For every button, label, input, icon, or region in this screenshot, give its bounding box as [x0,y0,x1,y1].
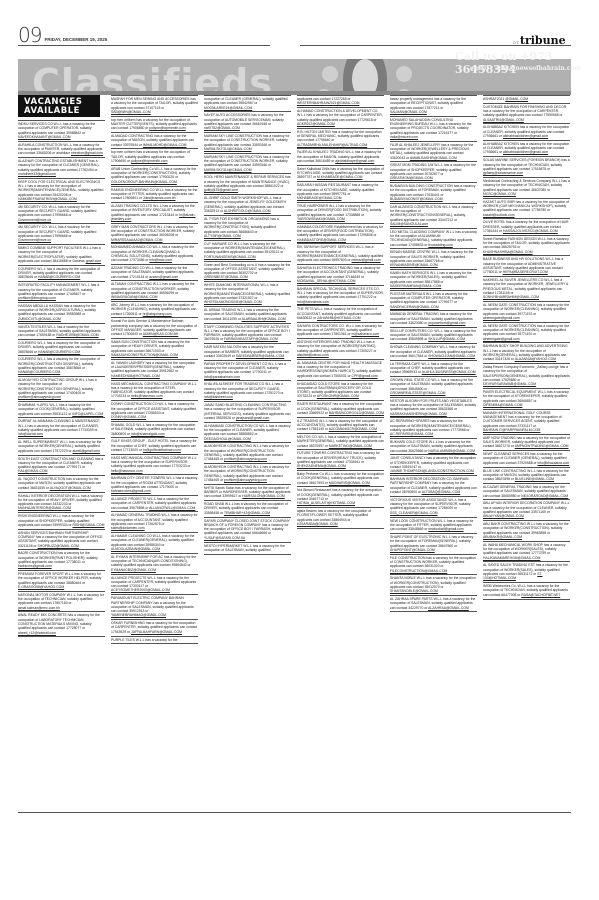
classified-ad: AL MANAMA CENTRE FOR HAND HEALTH MASSAGE… [297,360,384,381]
classified-ad: COURIERO W.L.L has a vacancy for the occ… [18,340,105,356]
ad-contact-email[interactable]: ALTOBAQ@GMAIL.COM [422,490,461,494]
ad-text: PAVER ELECTRICAL EQUIPMENT W.L.L has a v… [483,390,569,403]
ad-text: BAHRAIN CITY CENTER TOWERS W.L.L has a v… [111,476,197,489]
ad-text: TRUE HAIRPOWER W.L.L has a vacancy for t… [297,204,381,217]
classified-ad: MARIAM SKY LINE CONSTRUCTION has a vacan… [204,154,291,175]
banner-title: Classifieds [32,61,273,91]
classified-ad: BUDAIBIYA BUILDING CONSTRUCTION has a va… [390,183,477,204]
ad-contact-email[interactable]: FATIMA_ALSELAITI@HOTMAIL.COM [297,501,355,505]
ad-contact-email[interactable]: info@durrat.com [18,432,43,436]
ad-contact-email[interactable]: SONNYBHAIBRAHIM@GMAIL.COM [483,295,539,299]
ad-text: ABU AYYAN INTERIOR DECORATION COMPANY W.… [483,501,569,514]
ad-contact-email[interactable]: SHEHZADNEMA@GMAIL.COM [297,464,346,468]
classified-ad: RAJER RESTAURANT has a vacancy for the o… [297,401,384,417]
classified-columns: INDKU SERVICES CO W.L.L has a vacancy fo… [18,95,571,815]
classified-ad: BAHRAIN SPECIAL TECHNICAL SERVICES STS C… [297,286,384,307]
ad-contact-email[interactable]: m@saharaco.com [352,332,380,336]
ad-contact-email[interactable]: SHANTANOBLE@GMAIL.COM [390,589,438,593]
ad-contact-email[interactable]: BLUELINE@GMAIL.COM [515,477,554,481]
ad-text: NAKHEEL AL SILVER JEWELLERS CO W.L.L has… [483,278,568,295]
classified-ad: VANITA TEXTILES W.L.L has a vacancy for … [18,324,105,340]
classified-ad: COURIERO W.L.L has a vacancy for the occ… [18,266,105,282]
ad-text: FILE CONSTRUCTION has a vacancy for the … [390,556,476,569]
ad-text: PURPLE TILES W.L.L has a vacancy for the [111,638,178,642]
classified-ad: occupation of CLEANER (GENERAL), suitabl… [204,95,291,112]
ad-contact-email[interactable]: YUSUF@SAFARI.COM.SA [204,536,245,540]
ad-text: HASSAN ABDULLA HASSAN has a vacancy for … [18,304,96,317]
ad-contact-email[interactable]: Government@mve.co [18,218,51,222]
ad-text: MANASH INTERNATIONAL GOLF COURSE MANAGEM… [483,411,562,428]
classified-ad: JUNIT CONSULTANCY has a vacancy for the … [390,455,477,476]
classified-ad: ABU AYYAN INTERIOR DECORATION COMPANY W.… [483,500,570,521]
ad-contact-email[interactable]: HJSARABA@GMAIL.COM [297,522,338,526]
ad-contact-email[interactable]: ALZAHRAA@GMAIL.COM [428,606,469,610]
ad-contact-email[interactable]: SAB@WIN@GMAIL.COM [111,110,151,114]
ad-contact-email[interactable]: MOISAIVAL_SEHAL@HOTMAIL.COM [297,279,355,283]
classified-ad: NHTSI Sands Salon has a vacancy for the … [204,485,291,501]
classified-ad: DAR ALZAYED CONSTRUCTION W.L.L has a vac… [390,204,477,229]
ad-contact-email[interactable]: YAEROWSNAKI@GMAIL.COM [297,217,345,221]
ad-contact-email[interactable]: @GMAIL.COM [505,97,528,101]
ad-text: ABU BAKR CONTRACTING W.L.L has a vacancy… [483,522,569,535]
ad-contact-email[interactable]: jamal.salman@nmc.com.bh [18,606,60,610]
classified-ad: SHAMAL GOLD W.L.L has a vacancy for the … [111,422,198,438]
classified-ad: ALMOBIYEDH CONTRACTING W.L.L has a vacan… [204,464,291,485]
ad-contact-email[interactable]: MCSC@GMAIL.COM [483,192,516,196]
ad-contact-email[interactable]: aheed_r12@hotmail.com [18,631,56,635]
ad-contact-email[interactable]: MKHABRAOE@GMAIL.COM [297,196,342,200]
classified-ad: FUTURE TOWERS CONTRACTING has a vacancy … [297,450,384,471]
ad-contact-email[interactable]: FORTUNANGEMS@GMAIL.COM [204,255,256,259]
ad-contact-email[interactable]: janajsand@gmail.com [236,416,269,420]
classified-ad: ALRAHILA CONSTRUCTION W.L.L has a vacanc… [18,142,105,158]
ad-contact-email[interactable]: HALIKANAMAREHGM@GMAIL.COM [483,556,540,560]
ad-contact-email[interactable]: kazakt@outlook.com [483,213,515,217]
ad-text: Mechanical Contracting & Services Compan… [483,179,570,192]
ad-text: WHITE DIAMOND INTERNATIONAL W.L.L has a … [204,283,290,300]
ad-text: AL YAMAN LAUNDRY has a vacancy for the o… [111,361,195,374]
classified-ad: ASHAN SERVICES BAHRAIN PARTNERSHIP COMPA… [18,530,105,551]
ad-contact-email[interactable]: SSS_CLEANER@GMAIL.COM [390,511,438,515]
mobile-icon [396,66,412,82]
ad-text: SAB ARAI HASSAN RESTAURANT has a vacancy… [297,183,378,196]
ad-contact-email[interactable]: alsultan@sterco.com [297,353,329,357]
ad-text: BUDAIBIYA BUILDING CONSTRUCTION has a va… [390,184,475,197]
classified-ad: Zallaq Resort Company Economic _Zallaq L… [483,364,570,389]
ad-contact-email[interactable]: BAHRAIN.IT@PARPRAINPALM.COM [483,428,540,432]
ad-text: PREMIUM FOREVER SPORT W.L.L has a vacanc… [18,572,101,585]
ad-contact-email[interactable]: azzam@gmail.com [149,275,178,279]
ad-text: ALHAMAD GENERAL TRADING W.L.L has a vaca… [111,513,198,526]
ad-contact-email[interactable]: ALYAQOOT@GMAIL.COM [50,486,91,490]
ad-contact-email[interactable]: ALSAATRI4@GMAIL.COM [483,118,524,122]
ad-contact-email[interactable]: RASA@TACHOFIBT.NET [521,593,560,597]
ad-contact-email[interactable]: NEXORAROAD@GMAIL.COM [521,494,568,498]
ad-contact-email[interactable]: GOLDENGROUP-BAHRAIN@GMAIL.COM [111,180,177,184]
ad-text: AWAL READY MIX CONCRETE has a vacancy fo… [18,613,100,630]
ad-contact-email[interactable]: hello@hassmco.com [111,469,143,473]
ad-contact-email[interactable]: SHOPBUZZ@GMAIL.COM [38,544,79,548]
call-us-text: Call us on +973 36458394 [455,50,599,76]
ad-contact-email[interactable]: SAEEDBARBER@GMAIL.COM [236,354,284,358]
classified-ad: NESTOR ALKOWH FOR FRUITS AND VEGETABLES … [390,398,477,419]
ad-contact-email[interactable]: ALTYSIR@GMAIL.COM [204,234,241,238]
classified-ad: TRUE HAIRPOWER W.L.L has a vacancy for t… [297,203,384,224]
ad-contact-email[interactable]: hello@hassmco.com [131,394,163,398]
classified-ad: Mechanical Contracting & Services Compan… [483,178,570,199]
ad-contact-email[interactable]: HEPA@BASERECRUIT.COM [503,270,548,274]
classified-ad: NEW LOOK CONSTRUCTION W.L.L has a vacanc… [390,518,477,534]
ad-contact-email[interactable]: HAMOBEFSARATRISH@GMAIL.COM [18,197,77,201]
ad-text: NESTOR ALKOWH FOR FRUITS AND VEGETABLES … [390,399,476,412]
ad-text: HASS MECHANICAL CONTRACTING COMPANY W.L.… [111,456,196,469]
ad-contact-email[interactable]: BAHRAINCORGOLD@GMAIL.COM [329,411,384,415]
classified-ad: AMP NOW TRADING has a vacancy for the oc… [483,435,570,451]
classified-ad: MARIAM SKY LINE CONSTRUCTION has a vacan… [204,133,291,154]
ad-text: AL WAHA MECHANICAL WORK SHOP has a vacan… [483,543,565,556]
classified-ad: FAJR AL KHALEEJ JEWELLERY has a vacancy … [390,142,477,163]
ad-text: KAMIN MATH SERVICES W.L.L has a vacancy … [390,271,472,284]
ad-contact-email[interactable]: NASEERKAMRAN@GMAIL.COM [390,284,441,288]
ad-contact-email[interactable]: SALMAN@GMAIL.COM [390,110,427,114]
column-1: INDKU SERVICES CO W.L.L has a vacancy fo… [18,95,105,815]
header-rule-left [18,45,270,46]
ad-contact-email[interactable]: SAMASUNCONSTRUCTION@GMAIL.COM [111,353,178,357]
ad-contact-email[interactable]: WHITEDIAMONDSINE@GMAIL.COM [204,300,262,304]
ad-contact-email[interactable]: pupcwebom@gmail.com [428,321,465,325]
ad-contact-email[interactable]: NAVEEDKHAAANT@GMAIL.COM [18,135,71,139]
classified-ad: AL EYMAN INTERNSHIP FOR AC has a vacancy… [111,554,198,575]
classified-ad: SKILLUP COMPUTERS CO. W.L.L has a vacanc… [390,328,477,344]
classified-ad: PURPLE TILES W.L.L has a vacancy for the [111,637,198,645]
ad-text: Sweet Ramahdi FASHION DESIGN W.L.L has a… [483,237,570,250]
ad-contact-email[interactable]: MAGHARIS@GMAIL.COM [329,481,370,485]
ad-contact-email[interactable]: FILECONSTRUCTION@GMAIL.COM [390,569,447,573]
classified-ad: GULF KINGS GROUP - GULF HOTEL has a vaca… [111,438,198,454]
ad-contact-email[interactable]: alwell@gmail.com [73,449,100,453]
ad-contact-email[interactable]: alkhabbazkitchen@gmail.com [503,150,548,154]
classified-ad: KEEP COOL FOR ELECTRICAL AND ELECTRONICS… [18,179,105,204]
ad-contact-email[interactable]: pollyne@topmenith.com [131,159,167,163]
classified-ad: BADRI CONSTRUCTION has a vacancy for the… [18,550,105,571]
ad-contact-email[interactable]: hr@gulfhotelbahrain.com [143,448,181,452]
ad-contact-email[interactable]: ABUAYYAN@GMAIL.COM [483,514,524,518]
classified-ad: HASSAN ABDULLA HASSAN has a vacancy for … [18,303,105,324]
classified-ad: DURRAT AL-MANAMA CLEANING & MAINTENANCE … [18,418,105,439]
ad-contact-email[interactable]: profficer@almoayyedcg.com [18,395,61,399]
classified-ad: BLUE LINE CONTRACTING W.L.L has a vacanc… [483,468,570,484]
ad-contact-email[interactable]: RADHE1998@GMAIL.COM [56,333,98,337]
classified-ad: NAKHEEL AL SILVER JEWELLERS CO W.L.L has… [483,277,570,302]
ad-text: NATIONAL MOTOR COMPANY W.L.L. has a vaca… [18,593,104,606]
classified-ad: Baby Perfume Co W.L.L has a vacancy for … [297,471,384,487]
ad-text: SOUTH EAST CONSTRUCTION AND CLEANING has… [18,457,103,470]
ad-contact-email[interactable]: profficer@almoayyedcg.com [224,457,267,461]
ad-text: Zallaq Resort Company Economic _Zallaq L… [483,365,570,382]
ad-contact-email[interactable]: nafl7782@GMAIL.COM [204,126,240,130]
classified-ad: ALCAZAR GENERAL TRADING has a vacancy fo… [483,484,570,500]
ad-text: PLESTAR MATERIALS W.L.L has a vacancy fo… [390,292,468,305]
ad-contact-email[interactable]: Government@mve.co [18,238,51,242]
ad-contact-email[interactable]: MIRARSSAAAAA2@GMAIL.COM [111,238,163,242]
ad-contact-email[interactable]: bahrainrooms@gmail.com [111,489,151,493]
ad-text: ALHAMMADI CONSTRUCTION CO W.L.L has a va… [204,424,291,437]
classified-ad: NEWT CLEANING SERVICES has a vacancy for… [483,451,570,467]
ad-contact-email[interactable]: pollyne@topmenith.com [149,126,185,130]
ad-contact-email[interactable]: DEEGAGHOUL@GMAIL.COM [204,437,251,441]
ad-contact-email[interactable]: SHOWACLEAN@GMAIL.COM [428,354,475,358]
envelope-icon [322,66,338,82]
ad-contact-email[interactable]: HANAB@COURIERO.COM [38,350,80,354]
ad-contact-email[interactable]: HAMEEDHAB@HOTMAIL.COM [111,374,160,378]
ad-contact-email[interactable]: SKILLUP@GMAIL.COM [428,337,465,341]
ad-contact-email[interactable]: info@parasbahrain.com [204,375,240,379]
classified-ad: RISHI ENGINEERING W.L.L has a vacancy fo… [18,513,105,529]
ad-contact-email[interactable]: NURULAMIN55@GMAIL.COM [428,449,475,453]
ad-text: COURIERO W.L.L has a vacancy for the occ… [18,357,100,370]
classified-ad: PAVER ELECTRICAL EQUIPMENT W.L.L has a v… [483,389,570,410]
ad-contact-email[interactable]: ZUBIOCVITL@GMAIL.COM [18,317,61,321]
classified-ad: SOUTH EAST CONSTRUCTION AND CLEANING has… [18,456,105,477]
ad-contact-email[interactable]: golfiy@25@gmail.com [204,188,238,192]
ad-contact-email[interactable]: EYMANACBIZ@GMAIL.COM [111,568,156,572]
ad-text: PARAMOUNT ELECTRIC COMPANY BAHRAIN PARTN… [111,596,194,613]
ad-contact-email[interactable]: RISHI@GMAIL.COM [73,523,105,527]
ad-contact-email[interactable]: AZCOMANIGCR@GMAIL.COM [329,427,377,431]
ad-contact-email[interactable]: alneemgate@gmail.com [483,337,520,341]
classified-ad: aljafa flowers has a vacancy for the occ… [297,508,384,529]
ad-contact-email[interactable]: ALMOOLA2BAIN@GMAIL.COM [111,547,160,551]
classified-ad: AL TYSIR FOR EXHIBITION ORGANIZING has a… [204,216,291,241]
ad-contact-email[interactable]: AMPNOWTRADING@GMAIL.COM [515,444,569,448]
ad-contact-email[interactable]: JUNNIE.THOMPSON@LANDUCONSTRUCTION.COM [390,469,474,473]
ad-contact-email[interactable]: mtmaz@gmail.com [352,258,381,262]
ad-contact-email[interactable]: CPR@gmail.com [352,374,378,378]
ad-contact-email[interactable]: APOSKONR@GMAIL.COM [317,394,359,398]
ad-contact-email[interactable]: ALAZAB3A@YAHOO.COM [515,357,556,361]
ad-contact-email[interactable]: AMABI.BASHIR@GMAIL.COM [410,156,457,160]
classified-ad: PREMIUM FOREVER SPORT W.L.L has a vacanc… [18,571,105,592]
ad-text: AL NEEM GATE CONSTRUCTION has a vacancy … [483,324,569,337]
classified-ad: AL ZAHRAA SPARE PARTS W.L.L has a vacanc… [390,596,477,612]
ad-contact-email[interactable]: alkhabbazkitchen@gmail.com [503,134,548,138]
operator-illustration [308,59,418,91]
ad-contact-email[interactable]: ZAHANHB@HOTMAIL.COM [317,316,361,320]
classified-ad: AL SAYED SALEH TRADING EST has a vacancy… [483,562,570,583]
publication-date: FRIDAY, DECEMBER 19, 2025 [44,37,107,42]
ad-text: MOHAMED SALAHUDDIN CONSULTING ENGINEERIN… [390,118,471,135]
ad-contact-email[interactable]: HAL@GMAIL.COM [18,469,47,473]
ad-contact-email[interactable]: AC.REPAIRS@GMAIL.COM [390,432,433,436]
ad-contact-email[interactable]: SALIM@SANOULALcom [390,222,428,226]
ad-contact-email[interactable]: ALLIANCEWLL@GMAIL.COM [149,506,195,510]
ad-contact-email[interactable]: profficer@almoayyedcg.com [224,478,267,482]
classified-ad: R.B. HILTON LIMITED has a vacancy for th… [297,129,384,150]
ad-contact-email[interactable]: leocladding.com [428,243,453,247]
ad-contact-email[interactable]: ACEYSOMETHER2000@GMAIL.COM [111,588,170,592]
ad-contact-email[interactable]: ntrection@gmail.com [71,151,103,155]
ad-contact-email[interactable]: WINAGRAGAN@GMAIL.COM [111,295,157,299]
ad-contact-email[interactable]: ADMIN@KAS.COM.BH [143,332,179,336]
email-text: email : advt@newsofbahrain.com [470,65,581,72]
ad-text: ALLIANCE PROJECTS W.L.L has a vacancy fo… [111,576,196,589]
classified-ad: HAMADA COLDSTORE Establishment has a vac… [297,224,384,245]
ad-contact-email[interactable]: KHUSHNASHIBA@GMAIL.COM [483,250,533,254]
ad-contact-email[interactable]: E.GRASGO58@YAHOO.COM [18,585,64,589]
classified-ad: AL YAQOOT CONSTRUCTION has a vacancy for… [18,476,105,492]
ad-text: INDKU SERVICES CO W.L.L has a vacancy fo… [18,122,95,135]
ad-text: BADRI CONSTRUCTION has a vacancy for the… [18,551,98,564]
classified-ad: NESTO HYPERMARKET W.L.L has a vacancy fo… [204,543,291,555]
classified-ad: RAMSIS ENGINEERING CO W.L.L has a vacanc… [111,187,198,203]
ad-contact-email[interactable]: DONNY@GMAIL.COM [111,415,146,419]
classified-ad: AC REPAIRING+SPARES has a vacancy for th… [390,418,477,439]
ad-text: 4M SECURITY CO. W.L.L has a vacancy for … [18,225,96,238]
ad-contact-email[interactable]: MANHAJINTERIOR@GMAIL.COM [18,506,71,510]
ad-text: KEEP COOL FOR ELECTRICAL AND ELECTRONICS… [18,180,103,197]
classified-ad: ALAZHAR CONTRACTING ESTABLISHMENT has a … [18,158,105,179]
ad-contact-email[interactable]: sales@dodamtec.com [111,526,145,530]
ad-contact-email[interactable]: newlookwll@gmail.com [428,527,463,531]
classified-ad: PLESTAR MATERIALS W.L.L has a vacancy fo… [390,291,477,312]
ad-contact-email[interactable]: MARIM.SKY314@GMAIL.COM [204,168,252,172]
ad-text: ALHAMAD CONSTRUCTION & DEVELOPMENT CO. W… [297,109,383,122]
ad-contact-email[interactable]: india@msceb.com [390,135,418,139]
ad-contact-email[interactable]: GREATMOM@GMAIL.COM [390,176,433,180]
classified-ad: A Z TRADING W.L.L has a vacancy for the … [297,418,384,434]
vacancies-available-heading: VACANCIES AVAILABLE [18,95,100,117]
ad-contact-email[interactable]: ABUBAKR@GMAIL.COM [483,535,522,539]
ad-contact-email[interactable]: badricons@gmail.com [18,564,52,568]
ad-contact-email[interactable]: JAFFALBAHFARN@GMAIL.COM [131,630,182,634]
classified-ad: OSKAR FURNISHING has a vacancy for the o… [111,620,198,636]
ad-text: NAYEF AUTO ACCESSORIES has a vacancy for… [204,113,284,126]
classified-ad: SHAPE POINT OF ELECTRONIC W.L.L has a va… [390,534,477,555]
ad-contact-email[interactable]: info@mac.com [149,258,172,262]
ad-contact-email[interactable]: info@kalsheef.com [204,395,233,399]
classified-ad: CUT HAIRARE CO W.L.L has a vacancy for t… [204,241,291,262]
classified-ad: ALKHABBAZ KITCHEN has a vacancy for the … [483,141,570,157]
classified-ad: COURIERO W.L.L has a vacancy for the occ… [18,356,105,377]
ad-contact-email[interactable]: INFO@LAPEL.COM [72,412,103,416]
classified-ad: 4M SECURITY CO. W.L.L has a vacancy for … [18,204,105,225]
ad-contact-email[interactable]: gmail.com [86,259,101,263]
ad-contact-email[interactable]: Jobs@ramsis.com.bh [143,196,176,200]
classified-ad: VICTORIOUS VISITOR ASSISTANCE W.L.L has … [390,497,477,518]
ad-text: AL SAYED SALEH TRADING EST has a vacancy… [483,563,568,576]
column-2: MASFAH FOR MEN SEWING AND ACCESSORIES ha… [111,95,198,815]
classified-ad: ALHAMMADI CONSTRUCTION CO W.L.L has a va… [204,423,291,444]
ad-text: ASHRAF2021 [483,97,504,101]
ad-text: occupation of CLEANER (GENERAL), suitabl… [204,97,288,105]
ad-contact-email[interactable]: M.KHABRAOE@GMAIL.COM [317,175,362,179]
ad-contact-email[interactable]: HANAB@COURIERO.COM [18,370,60,374]
ad-contact-email[interactable]: WESTERNBAHRAIN2021@GMAIL.COM [297,101,359,105]
classified-ad: MAWADIA GENERAL TRADING has a vacancy fo… [390,311,477,327]
ad-contact-email[interactable]: TEMIBHAR+42@GMAIL.COM [224,511,270,515]
column-3: occupation of CLEANER (GENERAL), suitabl… [204,95,291,815]
ad-text: SOLAS MARINE SERVICES (FOREIGN BRANCH) h… [483,158,570,171]
ad-contact-email[interactable]: info@bahrainsts.com [297,300,329,304]
ad-contact-email[interactable]: ALARBAA.BH@GMAIL.COM [242,317,286,321]
ad-contact-email[interactable]: GROWNREALSTATE@GMAIL.COM [390,391,446,395]
ad-contact-email[interactable]: gpfaety@solasmarine.com [483,171,523,175]
ad-contact-email[interactable]: profficer@ifmsgroup.com [18,296,56,300]
ad-contact-email[interactable]: SANDRACERAN@GMAIL.COM [390,305,439,309]
ad-contact-email[interactable]: ALAHLA.BUSINESS@GMAIL.COM [422,370,476,374]
ad-contact-email[interactable]: YAMENEBRAHIMAG@GMAIL.COM [111,613,166,617]
classified-ad: THE PETS W.L.L has a vacancy for the occ… [297,306,384,322]
classified-ad: INTEGRATED FACILITY MANAGEMENT W.L.L has… [18,282,105,303]
ad-contact-email[interactable]: alneemgate@gmail.com [483,316,520,320]
ad-contact-email[interactable]: BUDAIBIYACONST@GMAIL.COM [390,197,443,201]
ad-text: RAHALI INTERIOR DECORATION W.L.L has a v… [18,494,103,507]
ad-text: Green and Best Contracting co w.l.l has … [204,263,290,276]
classified-ad: AL ARBAA TRADING W.L.L has a vacancy for… [204,307,291,323]
ad-contact-email[interactable]: ALSHRIFGOLD@GMAIL.COM [224,209,271,213]
ad-contact-email[interactable]: MARKETING@GMAIL.COM [329,444,372,448]
ad-contact-email[interactable]: NASRAKHANSHERIN@GMAIL.COM [390,412,447,416]
classified-ad: BAHRAIN CITY CENTER TOWERS W.L.L has a v… [111,475,198,496]
ad-text: ALTANAH CONTRACTING W.L.L has a vacancy … [111,282,195,295]
classified-ad: Not Bimani Restaurant has a vacancy for … [297,487,384,508]
ad-contact-email[interactable]: HANAB@COURIERO.COM [38,275,80,279]
ad-contact-email[interactable]: info@khazaalna.com [538,461,570,465]
classified-ad: AL NEEM GATE CONSTRUCTION has a vacancy … [483,323,570,344]
classified-ad: GREAT MOM TRADING 1/M W.L.L has a vacanc… [390,162,477,183]
ad-contact-email[interactable]: info@shamalgold.com [131,432,165,436]
ad-contact-email[interactable]: HAIRSALON@GMAIL.COM [242,494,284,498]
ad-contact-email[interactable]: FARRASHEASTAFF@GMAIL.COM [224,337,278,341]
ad-text: CUSTOMIZE BAHRAIN FOR FINISHING AND DECO… [483,105,566,118]
ad-text: SAMA SUN CONSTRUCTION has a vacancy for … [111,340,190,353]
ad-text: 4M SECURITY CO. W.L.L has a vacancy for … [18,205,96,218]
ad-contact-email[interactable]: MOONLAREE24@GMAIL.COM [204,106,252,110]
ad-contact-email[interactable]: GREENBEST@GMAIL.COM [204,275,248,279]
classified-ad: AZZAM TRADING CO W.L.L has a vacancy for… [111,265,198,281]
classified-ad: applicants can contact 17227265 or WESTE… [297,95,384,108]
ad-contact-email[interactable]: ADKR002@GMAIL.COM [297,122,335,126]
classified-ad: SHOWA CLEANING COMPANY W.L.L has a vacan… [390,344,477,360]
ad-text: AL TYSIR FOR EXHIBITION ORGANIZING has a… [204,217,279,234]
ad-contact-email[interactable]: ALTRADMIRHA.MALEHAHIR@ALTRAD.COM [297,143,367,147]
ad-contact-email[interactable]: KENANMADINE@GMAIL.COM [390,263,438,267]
ad-contact-email[interactable]: DEVFARSARAWAB@GMAIL.COM [483,382,536,386]
ad-text: MASFAH FOR MEN SEWING AND ACCESSORIES ha… [111,97,198,110]
classified-ad: JANAJ SAND BLASTING CLEANING CONTRACTING… [204,402,291,423]
ad-contact-email[interactable]: mohdhere33@gmail.com [18,172,56,176]
classified-ad: ROAD SHAB W.L.L has a vacancy for the oc… [204,501,291,517]
ad-contact-email[interactable]: SHAPEPOINT@GMAIL.COM [390,548,435,552]
classified-ad: NAYEF AUTO ACCESSORIES has a vacancy for… [204,112,291,133]
classified-ad: ARAB Union Contracting Co W.L.L has a va… [111,166,198,187]
classified-ad: ALHAMAD CONSTRUCTION & DEVELOPMENT CO. W… [297,108,384,129]
classified-ad: GROWN REAL STATE CO W.L.L has a vacancy … [390,377,477,398]
ad-text: SHANTA NOBLE W.L.L has a vacancy for the… [390,576,476,589]
classified-ad: ALLIANCE PROJECTS W.L.L has a vacancy fo… [111,496,198,512]
ad-contact-email[interactable]: MARIM.SKY314@GMAIL.COM [204,147,252,151]
classified-ad: BASE BUSINESS AND HR SOLUTIONS W.L.L has… [483,256,570,277]
ad-contact-email[interactable]: DIRENIMA@GMAIL.COM [483,403,522,407]
ad-text: R.B. HILTON LIMITED has a vacancy for th… [297,130,382,143]
ad-contact-email[interactable]: hr@abcjoinery.com [143,312,172,316]
classified-ad: HAIR NATION SALOON has a vacancy for the… [204,344,291,360]
ad-contact-email[interactable]: HAMADASTORE@GMAIL.COM [297,238,346,242]
classified-ad: KENAN MADINE CENTRE W.L.L has a vacancy … [390,249,477,270]
ad-contact-email[interactable]: ajedriaidhaye@gmail.com [335,159,374,163]
ad-contact-email[interactable]: IMHALMOHD@GMAIL.COM [143,143,187,147]
ad-contact-email[interactable]: HASSALIOLIVE2021@GMAIL.COM [503,229,558,233]
